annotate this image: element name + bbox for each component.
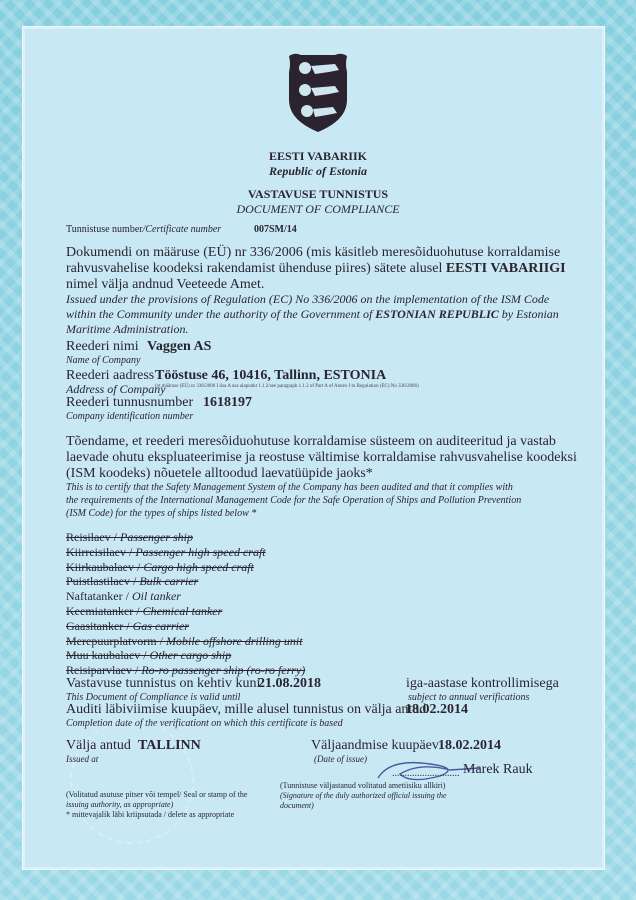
signatory-name: Marek Rauk bbox=[463, 762, 533, 778]
ship-type-item: Muu kaubalaev / Other cargo ship bbox=[66, 648, 231, 663]
ship-type-en: Chemical tanker bbox=[143, 604, 223, 618]
ship-type-en: Passenger high speed craft bbox=[135, 545, 265, 559]
ship-type-et: Keemiatanker / bbox=[66, 604, 143, 618]
company-name-label-et: Reederi nimi bbox=[66, 339, 139, 355]
company-id-label-en: Company identification number bbox=[66, 411, 193, 422]
ship-type-item: Naftatanker / Oil tanker bbox=[66, 589, 181, 604]
signature-caption-et: (Tunnistuse väljastanud volitatud ametii… bbox=[280, 781, 445, 790]
ship-type-item: Puistlastilaev / Bulk carrier bbox=[66, 574, 198, 589]
ship-type-et: Merepuurplatvorm / bbox=[66, 634, 166, 648]
certificate-number-label: Tunnistuse number/Certificate number bbox=[66, 224, 221, 235]
company-name-value: Vaggen AS bbox=[147, 339, 211, 355]
ship-type-et: Reisilaev / bbox=[66, 530, 120, 544]
intro-et-line2-text: rahvusvahelise koodeksi rakendamist ühen… bbox=[66, 261, 446, 276]
doc-title-et: VASTAVUSE TUNNISTUS bbox=[0, 187, 636, 202]
certify-en-line3: (ISM Code) for the types of ships listed… bbox=[66, 508, 256, 519]
certify-et-line1: Tõendame, et reederi meresõiduohutuse ko… bbox=[66, 434, 556, 450]
issue-date-label-en: (Date of issue) bbox=[314, 754, 367, 764]
ship-type-item: Merepuurplatvorm / Mobile offshore drill… bbox=[66, 634, 303, 649]
audit-date-value: 18.02.2014 bbox=[405, 702, 468, 718]
country-name-en: Republic of Estonia bbox=[0, 164, 636, 179]
intro-en-line1: Issued under the provisions of Regulatio… bbox=[66, 292, 549, 307]
signature-caption-en-1: (Signature of the duly authorized offici… bbox=[280, 791, 447, 800]
company-address-note: (vt määruse (EÜ) nr 336/2006 I lisa A os… bbox=[155, 384, 419, 389]
issuing-state-en: ESTONIAN REPUBLIC bbox=[375, 307, 498, 321]
company-id-value: 1618197 bbox=[203, 395, 252, 411]
valid-until-value: 21.08.2018 bbox=[258, 676, 321, 692]
intro-en-line2-text: within the Community under the authority… bbox=[66, 307, 375, 321]
ship-type-en: Cargo high speed craft bbox=[143, 560, 254, 574]
ship-type-item: Kiirreisilaev / Passenger high speed cra… bbox=[66, 545, 266, 560]
intro-en-line2-post: by Estonian bbox=[499, 307, 559, 321]
seal-caption-2: issuing authority, as appropriate) bbox=[66, 800, 173, 809]
ship-type-en: Gas carrier bbox=[133, 619, 189, 633]
ship-type-en: Other cargo ship bbox=[150, 648, 232, 662]
intro-et-line3: nimel välja andnud Veeteede Amet. bbox=[66, 277, 264, 293]
intro-et-line2: rahvusvahelise koodeksi rakendamist ühen… bbox=[66, 261, 566, 277]
audit-date-label-et: Auditi läbiviimise kuupäev, mille alusel… bbox=[66, 702, 426, 718]
company-address-value: Tööstuse 46, 10416, Tallinn, ESTONIA bbox=[155, 368, 386, 384]
ship-type-en: Bulk carrier bbox=[139, 574, 198, 588]
ship-type-et: Kiirkaubalaev / bbox=[66, 560, 143, 574]
company-id-label-et: Reederi tunnusnumber bbox=[66, 395, 193, 411]
ship-type-en: Oil tanker bbox=[132, 589, 181, 603]
valid-until-label-et: Vastavuse tunnistus on kehtiv kuni bbox=[66, 676, 260, 692]
intro-et-line1: Dokumendi on määruse (EÜ) nr 336/2006 (m… bbox=[66, 245, 560, 261]
certify-et-line3: (ISM koodeks) nõuetele alltoodud laevatü… bbox=[66, 466, 373, 482]
signature-dots: ........................... bbox=[392, 768, 460, 779]
seal-caption-1: (Volitatud asutuse pitser või tempel/ Se… bbox=[66, 790, 247, 799]
intro-en-line2: within the Community under the authority… bbox=[66, 307, 559, 322]
ship-type-et: Puistlastilaev / bbox=[66, 574, 139, 588]
footnote: * mittevajalik läbi kriipsutada / delete… bbox=[66, 810, 234, 819]
certify-en-line1: This is to certify that the Safety Manag… bbox=[66, 482, 513, 493]
certificate-number-value: 007SM/14 bbox=[254, 224, 297, 235]
issuing-state-et: EESTI VABARIIGI bbox=[446, 261, 566, 276]
signature-caption-en-2: document) bbox=[280, 801, 314, 810]
certify-et-line2: laevade ohutu ekspluateerimise ja reostu… bbox=[66, 450, 577, 466]
issued-at-label-et: Välja antud bbox=[66, 738, 131, 754]
doc-title-en: DOCUMENT OF COMPLIANCE bbox=[0, 202, 636, 217]
estonia-coat-of-arms-icon bbox=[285, 50, 351, 134]
certificate-number-label-en: /Certificate number bbox=[143, 224, 222, 235]
company-name-label-en: Name of Company bbox=[66, 355, 140, 366]
ship-type-et: Muu kaubalaev / bbox=[66, 648, 150, 662]
ship-type-et: Kiirreisilaev / bbox=[66, 545, 135, 559]
ship-type-et: Gaasitanker / bbox=[66, 619, 133, 633]
ship-type-item: Keemiatanker / Chemical tanker bbox=[66, 604, 222, 619]
ship-type-item: Reisilaev / Passenger ship bbox=[66, 530, 193, 545]
certificate-number-label-et: Tunnistuse number bbox=[66, 224, 143, 235]
intro-en-line3: Maritime Administration. bbox=[66, 322, 188, 337]
issued-at-label-en: Issued at bbox=[66, 754, 98, 764]
ship-type-et: Naftatanker / bbox=[66, 589, 132, 603]
ship-type-item: Kiirkaubalaev / Cargo high speed craft bbox=[66, 560, 254, 575]
ship-type-en: Mobile offshore drilling unit bbox=[166, 634, 303, 648]
country-name-et: EESTI VABARIIK bbox=[0, 149, 636, 164]
annual-verification-et: iga-aastase kontrollimisega bbox=[406, 676, 559, 692]
ship-type-item: Gaasitanker / Gas carrier bbox=[66, 619, 189, 634]
certify-en-line2: the requirements of the International Ma… bbox=[66, 495, 521, 506]
ship-type-en: Passenger ship bbox=[120, 530, 193, 544]
issued-at-value: TALLINN bbox=[138, 738, 201, 754]
